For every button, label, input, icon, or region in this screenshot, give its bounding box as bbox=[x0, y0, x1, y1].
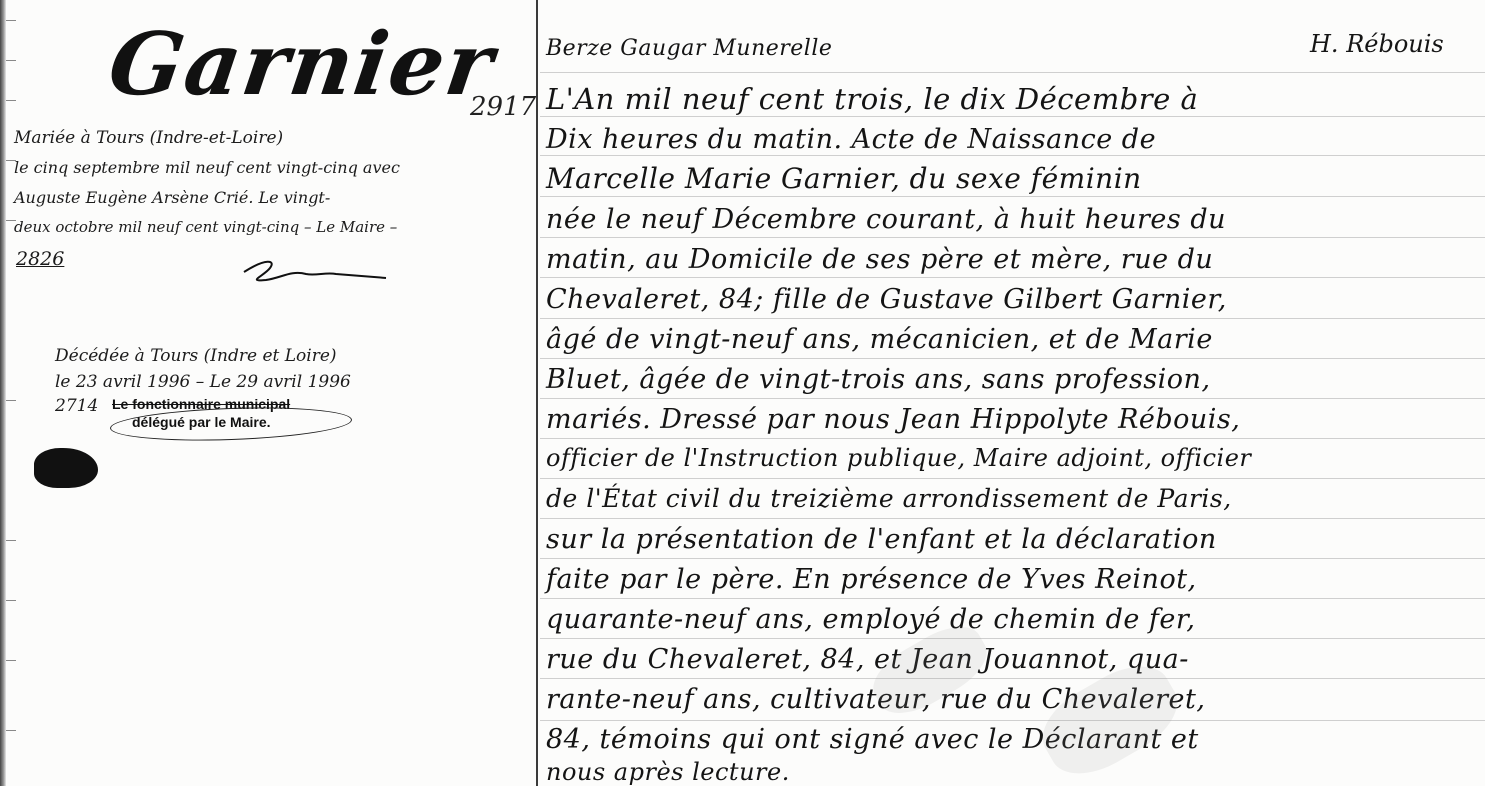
record-line: de l'État civil du treizième arrondissem… bbox=[546, 484, 1232, 513]
record-line: officier de l'Instruction publique, Mair… bbox=[546, 444, 1251, 472]
death-note-line: le 23 avril 1996 – Le 29 avril 1996 bbox=[55, 372, 351, 392]
previous-officer-signature: H. Rébouis bbox=[1310, 30, 1444, 58]
record-line: quarante-neuf ans, employé de chemin de … bbox=[546, 604, 1195, 635]
record-line: nous après lecture. bbox=[546, 758, 790, 786]
marriage-note-line: deux octobre mil neuf cent vingt-cinq – … bbox=[14, 218, 397, 236]
previous-entry-signatures: Berze Gaugar Munerelle bbox=[546, 36, 832, 61]
surname-heading: Garnier bbox=[103, 14, 501, 115]
column-divider bbox=[536, 0, 538, 786]
record-line: faite par le père. En présence de Yves R… bbox=[546, 564, 1197, 595]
marriage-reference: 2826 bbox=[16, 248, 64, 270]
record-line: Dix heures du matin. Acte de Naissance d… bbox=[546, 124, 1156, 155]
record-line: L'An mil neuf cent trois, le dix Décembr… bbox=[546, 82, 1198, 116]
marriage-note-line: le cinq septembre mil neuf cent vingt-ci… bbox=[14, 158, 400, 177]
ink-blot bbox=[34, 448, 98, 488]
record-line: rue du Chevaleret, 84, et Jean Jouannot,… bbox=[546, 644, 1189, 675]
record-line: sur la présentation de l'enfant et la dé… bbox=[546, 524, 1217, 555]
death-reference: 2714 bbox=[55, 396, 98, 416]
record-number: 2917 bbox=[470, 92, 536, 122]
record-line: née le neuf Décembre courant, à huit heu… bbox=[546, 204, 1226, 235]
record-line: mariés. Dressé par nous Jean Hippolyte R… bbox=[546, 404, 1240, 435]
mayor-signature-icon bbox=[236, 252, 396, 292]
record-line: Bluet, âgée de vingt-trois ans, sans pro… bbox=[546, 364, 1211, 395]
record-line: Marcelle Marie Garnier, du sexe féminin bbox=[546, 162, 1142, 195]
marriage-note-line: Mariée à Tours (Indre-et-Loire) bbox=[14, 128, 283, 148]
record-line: âgé de vingt-neuf ans, mécanicien, et de… bbox=[546, 324, 1213, 355]
death-note-line: Décédée à Tours (Indre et Loire) bbox=[55, 346, 337, 366]
birth-record: Berze Gaugar Munerelle H. Rébouis L'An m… bbox=[540, 0, 1485, 786]
record-line: Chevaleret, 84; fille de Gustave Gilbert… bbox=[546, 284, 1227, 315]
record-line: matin, au Domicile de ses père et mère, … bbox=[546, 244, 1213, 275]
register-page: Garnier 2917 Mariée à Tours (Indre-et-Lo… bbox=[0, 0, 1485, 786]
margin-annotations: Garnier 2917 Mariée à Tours (Indre-et-Lo… bbox=[0, 0, 536, 786]
marriage-note-line: Auguste Eugène Arsène Crié. Le vingt- bbox=[14, 188, 330, 207]
